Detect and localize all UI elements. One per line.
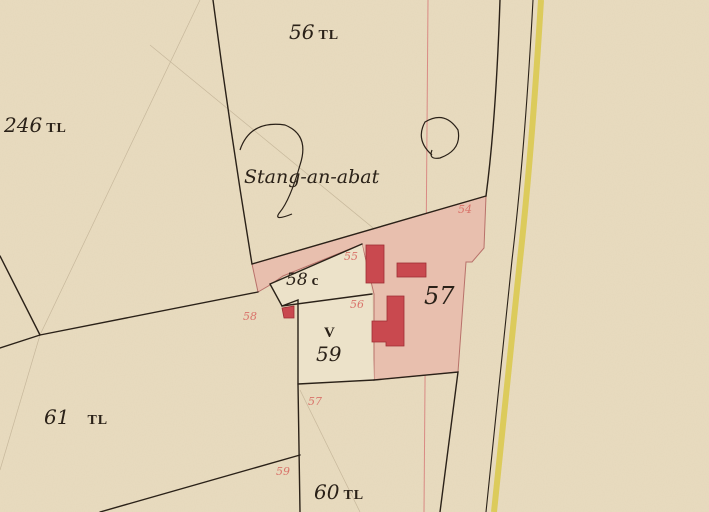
parcel-61-label: 61 TL (44, 405, 108, 429)
parcel-58-label: 58 c (286, 270, 318, 290)
parcel-56-label: 56 TL (289, 20, 339, 44)
parcel-246-label: 246 TL (4, 113, 67, 137)
red-number-56: 56 (350, 298, 364, 311)
cadastral-map: 56 TL 246 TL 61 TL 60 TL 58 c V 59 57 St… (0, 0, 709, 512)
building-4 (282, 306, 294, 318)
building-1 (366, 245, 384, 283)
red-number-55: 55 (344, 250, 358, 263)
red-number-59: 59 (276, 465, 290, 478)
red-number-58: 58 (243, 310, 257, 323)
parcel-59-code: V (324, 324, 335, 342)
red-number-54: 54 (458, 203, 472, 216)
building-2 (397, 263, 426, 277)
red-number-57: 57 (308, 395, 322, 408)
parcel-57-label: 57 (424, 282, 455, 310)
parcel-60-label: 60 TL (314, 480, 364, 504)
parcel-59-number: 59 (316, 342, 341, 366)
place-name-label: Stang-an-abat (244, 166, 379, 188)
